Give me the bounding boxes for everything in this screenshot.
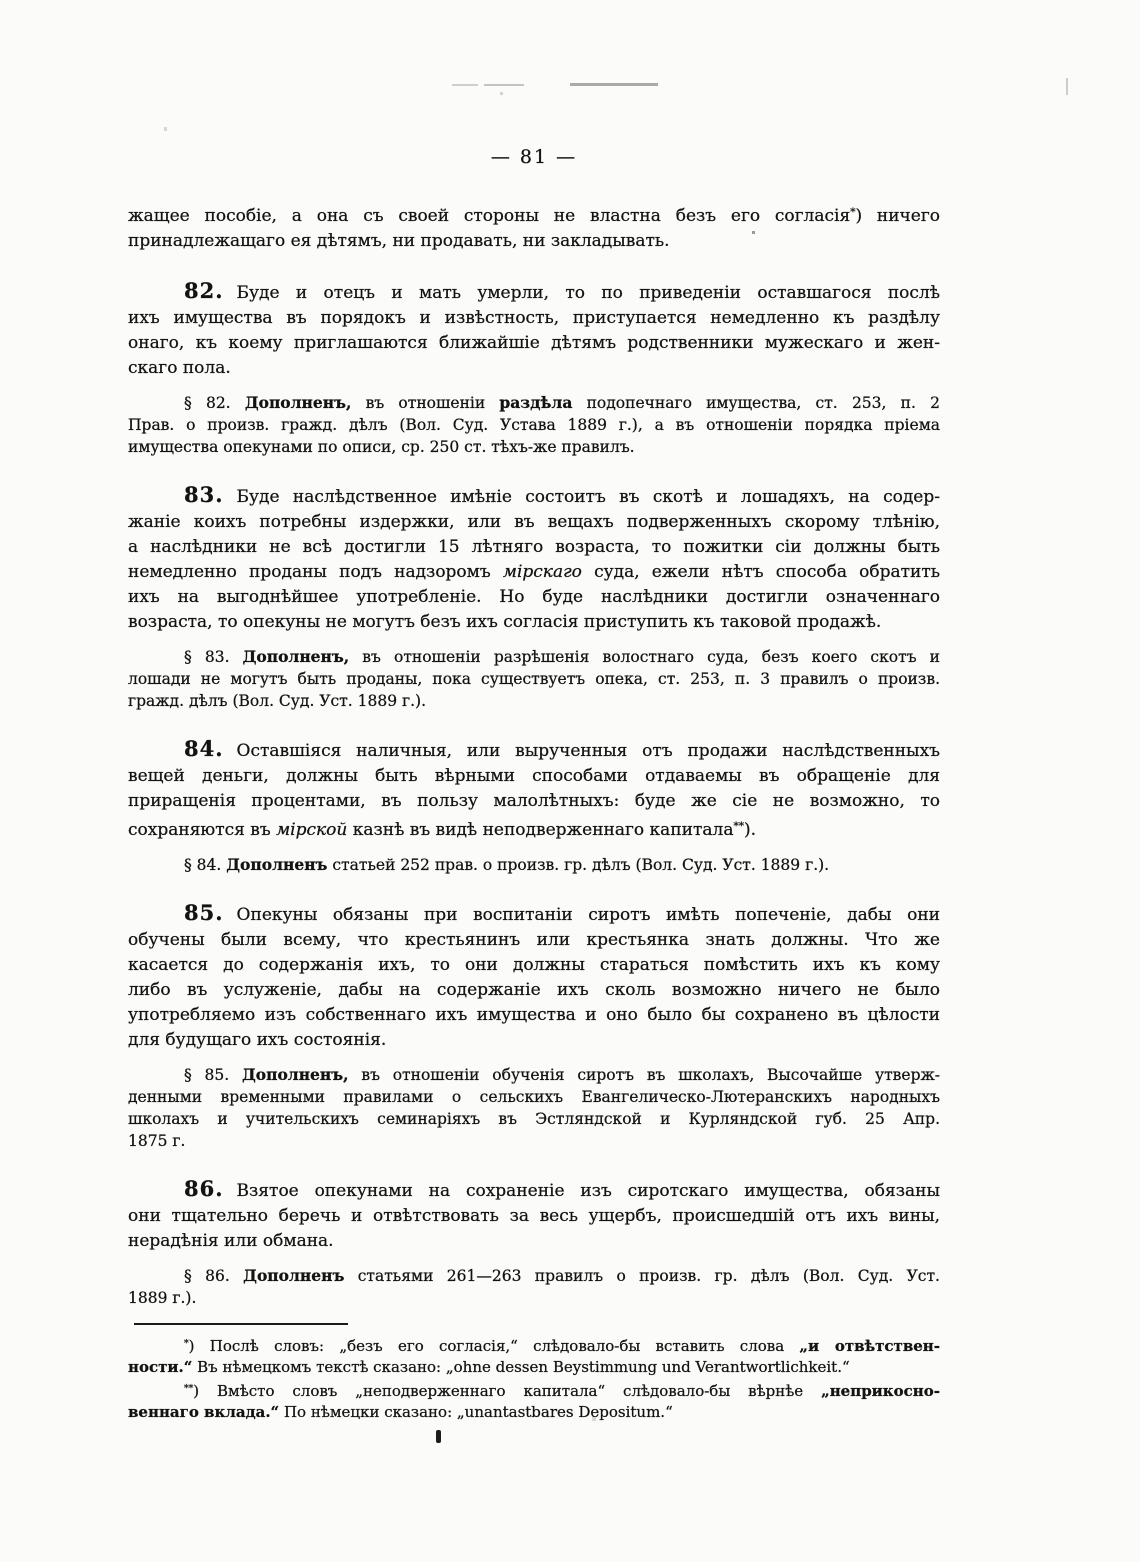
text-line: жаніе коихъ потребны издержки, или въ ве… <box>128 510 940 535</box>
text-run: суда, ежели нѣтъ способа обратить <box>582 562 940 582</box>
text-run: статьей 252 прав. о произв. гр. дѣлъ (Во… <box>327 856 829 874</box>
scan-artifact <box>500 92 503 95</box>
text-run: скаго пола. <box>128 358 231 378</box>
footnote-separator-block <box>128 1323 940 1326</box>
text-run: возраста, то опекуны не могутъ безъ ихъ … <box>128 612 881 632</box>
text-run: принадлежащаго ея дѣтямъ, ни продавать, … <box>128 231 670 251</box>
article-number: 83. <box>184 482 224 507</box>
text-line: вещей деньги, должны быть вѣрными способ… <box>128 764 940 789</box>
text-run: подопечнаго имущества, ст. 253, п. 2 <box>572 394 940 412</box>
text-run: ) Вмѣсто словъ „неподверженнаго капитала… <box>193 1382 821 1400</box>
text-line: 1875 г. <box>128 1130 940 1152</box>
text-run: приращенія процентами, въ пользу малолѣт… <box>128 791 940 811</box>
text-run: Буде и отецъ и мать умерли, то по привед… <box>237 283 940 303</box>
article-82: 82.Буде и отецъ и мать умерли, то по при… <box>128 278 940 381</box>
text-run: сохраняются въ <box>128 820 276 840</box>
note-82: § 82. Дополненъ, въ отношеніи раздѣла по… <box>128 392 940 458</box>
text-line: немедленно проданы подъ надзоромъ мірска… <box>128 560 940 585</box>
text-run: § 83. <box>184 648 243 666</box>
text-line: а наслѣдники не всѣ достигли 15 лѣтняго … <box>128 535 940 560</box>
text-run: ). <box>744 820 756 840</box>
note-84: § 84. Дополненъ статьей 252 прав. о прои… <box>128 854 940 876</box>
text-line: скаго пола. <box>128 356 940 381</box>
article-number: 82. <box>184 278 224 303</box>
text-run: Буде наслѣдственное имѣніе состоитъ въ с… <box>237 487 940 507</box>
text-run: жаніе коихъ потребны издержки, или въ ве… <box>128 512 940 532</box>
text-run: ности.“ <box>128 1358 192 1376</box>
text-line: 86.Взятое опекунами на сохраненіе изъ си… <box>128 1176 940 1204</box>
text-run: Дополненъ, <box>245 393 352 412</box>
text-run: ) ничего <box>855 206 940 226</box>
paragraph-continuation: жащее пособіе, а она съ своей стороны не… <box>128 200 940 254</box>
text-run: употребляемо изъ собственнаго ихъ имущес… <box>128 1005 940 1025</box>
page-number: — 81 — <box>128 146 940 172</box>
text-line: веннаго вклада.“ По нѣмецки сказано: „un… <box>128 1402 940 1423</box>
text-line: 83.Буде наслѣдственное имѣніе состоитъ в… <box>128 482 940 510</box>
article-number: 84. <box>184 736 224 761</box>
note-83: § 83. Дополненъ, въ отношеніи разрѣшенія… <box>128 646 940 712</box>
text-run: „неприкосно- <box>821 1382 940 1400</box>
text-line: гражд. дѣлъ (Вол. Суд. Уст. 1889 г.). <box>128 690 940 712</box>
article-number: 86. <box>184 1176 224 1201</box>
text-run: Прав. о произв. гражд. дѣлъ (Вол. Суд. У… <box>128 416 940 434</box>
text-run: денными временными правилами о сельскихъ… <box>128 1088 940 1106</box>
text-run: ) Послѣ словъ: „безъ его согласія,“ слѣд… <box>189 1337 800 1355</box>
text-run: § 82. <box>184 394 245 412</box>
text-run: для будущаго ихъ состоянія. <box>128 1030 386 1050</box>
text-line: **) Вмѣсто словъ „неподверженнаго капита… <box>128 1378 940 1402</box>
text-run: Дополненъ <box>243 1266 344 1285</box>
text-column: — 81 — жащее пособіе, а она съ своей сто… <box>128 146 940 1423</box>
text-line: для будущаго ихъ состоянія. <box>128 1028 940 1053</box>
scan-artifact <box>570 83 658 86</box>
text-line: сохраняются въ мірской казнѣ въ видѣ неп… <box>128 814 940 843</box>
text-line: § 86. Дополненъ статьями 261—263 правилъ… <box>128 1265 940 1287</box>
text-run: § 84. <box>184 856 226 874</box>
text-run: немедленно проданы подъ надзоромъ <box>128 562 503 582</box>
text-line: лошади не могутъ быть проданы, пока суще… <box>128 668 940 690</box>
text-run: лошади не могутъ быть проданы, пока суще… <box>128 670 940 688</box>
text-line: § 83. Дополненъ, въ отношеніи разрѣшенія… <box>128 646 940 668</box>
text-run: а наслѣдники не всѣ достигли 15 лѣтняго … <box>128 537 940 557</box>
text-run: онаго, къ коему приглашаются ближайшіе д… <box>128 333 940 353</box>
text-run: раздѣла <box>499 393 572 412</box>
scanned-page: — 81 — жащее пособіе, а она съ своей сто… <box>0 0 1140 1562</box>
text-run: Дополненъ <box>226 855 327 874</box>
text-run: ** <box>184 1383 193 1394</box>
text-line: ности.“ Въ нѣмецкомъ текстѣ сказано: „oh… <box>128 1357 940 1378</box>
text-run: Въ нѣмецкомъ текстѣ сказано: „ohne desse… <box>192 1358 849 1376</box>
article-85: 85.Опекуны обязаны при воспитаніи сиротъ… <box>128 900 940 1053</box>
footnote-2: **) Вмѣсто словъ „неподверженнаго капита… <box>128 1378 940 1423</box>
text-line: они тщательно беречь и отвѣтствовать за … <box>128 1204 940 1229</box>
scan-artifact <box>452 84 478 86</box>
text-run: Опекуны обязаны при воспитаніи сиротъ им… <box>237 905 940 925</box>
note-85: § 85. Дополненъ, въ отношеніи обученія с… <box>128 1064 940 1152</box>
text-run: § 85. <box>184 1066 242 1084</box>
text-line: возраста, то опекуны не могутъ безъ ихъ … <box>128 610 940 635</box>
text-run: жащее пособіе, а она съ своей стороны не… <box>128 206 850 226</box>
text-run: ихъ имущества въ порядокъ и извѣстность,… <box>128 308 940 328</box>
text-run: они тщательно беречь и отвѣтствовать за … <box>128 1206 940 1226</box>
footnote-1: *) Послѣ словъ: „безъ его согласія,“ слѣ… <box>128 1333 940 1378</box>
text-run: мірской <box>276 820 347 840</box>
text-line: денными временными правилами о сельскихъ… <box>128 1086 940 1108</box>
article-number: 85. <box>184 900 224 925</box>
text-run: Взятое опекунами на сохраненіе изъ сирот… <box>237 1181 940 1201</box>
text-run: мірскаго <box>503 562 582 582</box>
text-run: обучены были всему, что крестьянинъ или … <box>128 930 940 950</box>
text-run: ихъ на выгоднѣйшее употребленіе. Но буде… <box>128 587 940 607</box>
text-run: въ отношеніи обученія сиротъ въ школахъ,… <box>349 1066 940 1084</box>
text-line: 84.Оставшіяся наличныя, или вырученныя о… <box>128 736 940 764</box>
text-run: имущества опекунами по описи, ср. 250 ст… <box>128 438 635 456</box>
text-line: онаго, къ коему приглашаются ближайшіе д… <box>128 331 940 356</box>
text-line: ихъ на выгоднѣйшее употребленіе. Но буде… <box>128 585 940 610</box>
text-line: школахъ и учительскихъ семинаріяхъ въ Эс… <box>128 1108 940 1130</box>
text-line: нерадѣнія или обмана. <box>128 1229 940 1254</box>
text-line: принадлежащаго ея дѣтямъ, ни продавать, … <box>128 229 940 254</box>
text-run: нерадѣнія или обмана. <box>128 1231 334 1251</box>
text-run: Дополненъ, <box>243 647 350 666</box>
text-line: касается до содержанія ихъ, то они должн… <box>128 953 940 978</box>
text-line: ихъ имущества въ порядокъ и извѣстность,… <box>128 306 940 331</box>
article-86: 86.Взятое опекунами на сохраненіе изъ си… <box>128 1176 940 1254</box>
text-line: приращенія процентами, въ пользу малолѣт… <box>128 789 940 814</box>
text-line: *) Послѣ словъ: „безъ его согласія,“ слѣ… <box>128 1333 940 1357</box>
scan-artifact <box>484 84 524 86</box>
note-86: § 86. Дополненъ статьями 261—263 правилъ… <box>128 1265 940 1309</box>
text-line: жащее пособіе, а она съ своей стороны не… <box>128 200 940 229</box>
text-line: употребляемо изъ собственнаго ихъ имущес… <box>128 1003 940 1028</box>
text-run: По нѣмецки сказано: „unantastbares Depos… <box>279 1403 673 1421</box>
text-run: ** <box>733 820 744 832</box>
article-84: 84.Оставшіяся наличныя, или вырученныя о… <box>128 736 940 843</box>
text-line: 85.Опекуны обязаны при воспитаніи сиротъ… <box>128 900 940 928</box>
text-run: веннаго вклада.“ <box>128 1403 279 1421</box>
text-run: школахъ и учительскихъ семинаріяхъ въ Эс… <box>128 1110 940 1128</box>
text-line: обучены были всему, что крестьянинъ или … <box>128 928 940 953</box>
text-run: въ отношеніи <box>351 394 499 412</box>
text-run: либо въ услуженіе, дабы на содержаніе их… <box>128 980 940 1000</box>
scan-artifact <box>436 1430 441 1443</box>
text-run: статьями 261—263 правилъ о произв. гр. д… <box>344 1267 940 1285</box>
text-run: Дополненъ, <box>242 1065 349 1084</box>
text-run: вещей деньги, должны быть вѣрными способ… <box>128 766 940 786</box>
text-line: Прав. о произв. гражд. дѣлъ (Вол. Суд. У… <box>128 414 940 436</box>
text-line: либо въ услуженіе, дабы на содержаніе их… <box>128 978 940 1003</box>
text-line: § 84. Дополненъ статьей 252 прав. о прои… <box>128 854 940 876</box>
text-run: касается до содержанія ихъ, то они должн… <box>128 955 940 975</box>
text-line: § 82. Дополненъ, въ отношеніи раздѣла по… <box>128 392 940 414</box>
text-line: 82.Буде и отецъ и мать умерли, то по при… <box>128 278 940 306</box>
text-line: § 85. Дополненъ, въ отношеніи обученія с… <box>128 1064 940 1086</box>
text-line: имущества опекунами по описи, ср. 250 ст… <box>128 436 940 458</box>
text-run: 1889 г.). <box>128 1289 196 1307</box>
text-line: 1889 г.). <box>128 1287 940 1309</box>
footnote-separator <box>134 1323 348 1326</box>
text-run: казнѣ въ видѣ неподверженнаго капитала <box>347 820 733 840</box>
text-run: въ отношеніи разрѣшенія волостнаго суда,… <box>349 648 940 666</box>
text-run: гражд. дѣлъ (Вол. Суд. Уст. 1889 г.). <box>128 692 426 710</box>
scan-artifact <box>1066 78 1068 95</box>
text-run: „и отвѣтствен- <box>799 1337 940 1355</box>
text-run: Оставшіяся наличныя, или вырученныя отъ … <box>237 741 940 761</box>
text-run: § 86. <box>184 1267 243 1285</box>
article-83: 83.Буде наслѣдственное имѣніе состоитъ в… <box>128 482 940 635</box>
text-run: 1875 г. <box>128 1132 185 1150</box>
scan-artifact <box>164 127 167 131</box>
